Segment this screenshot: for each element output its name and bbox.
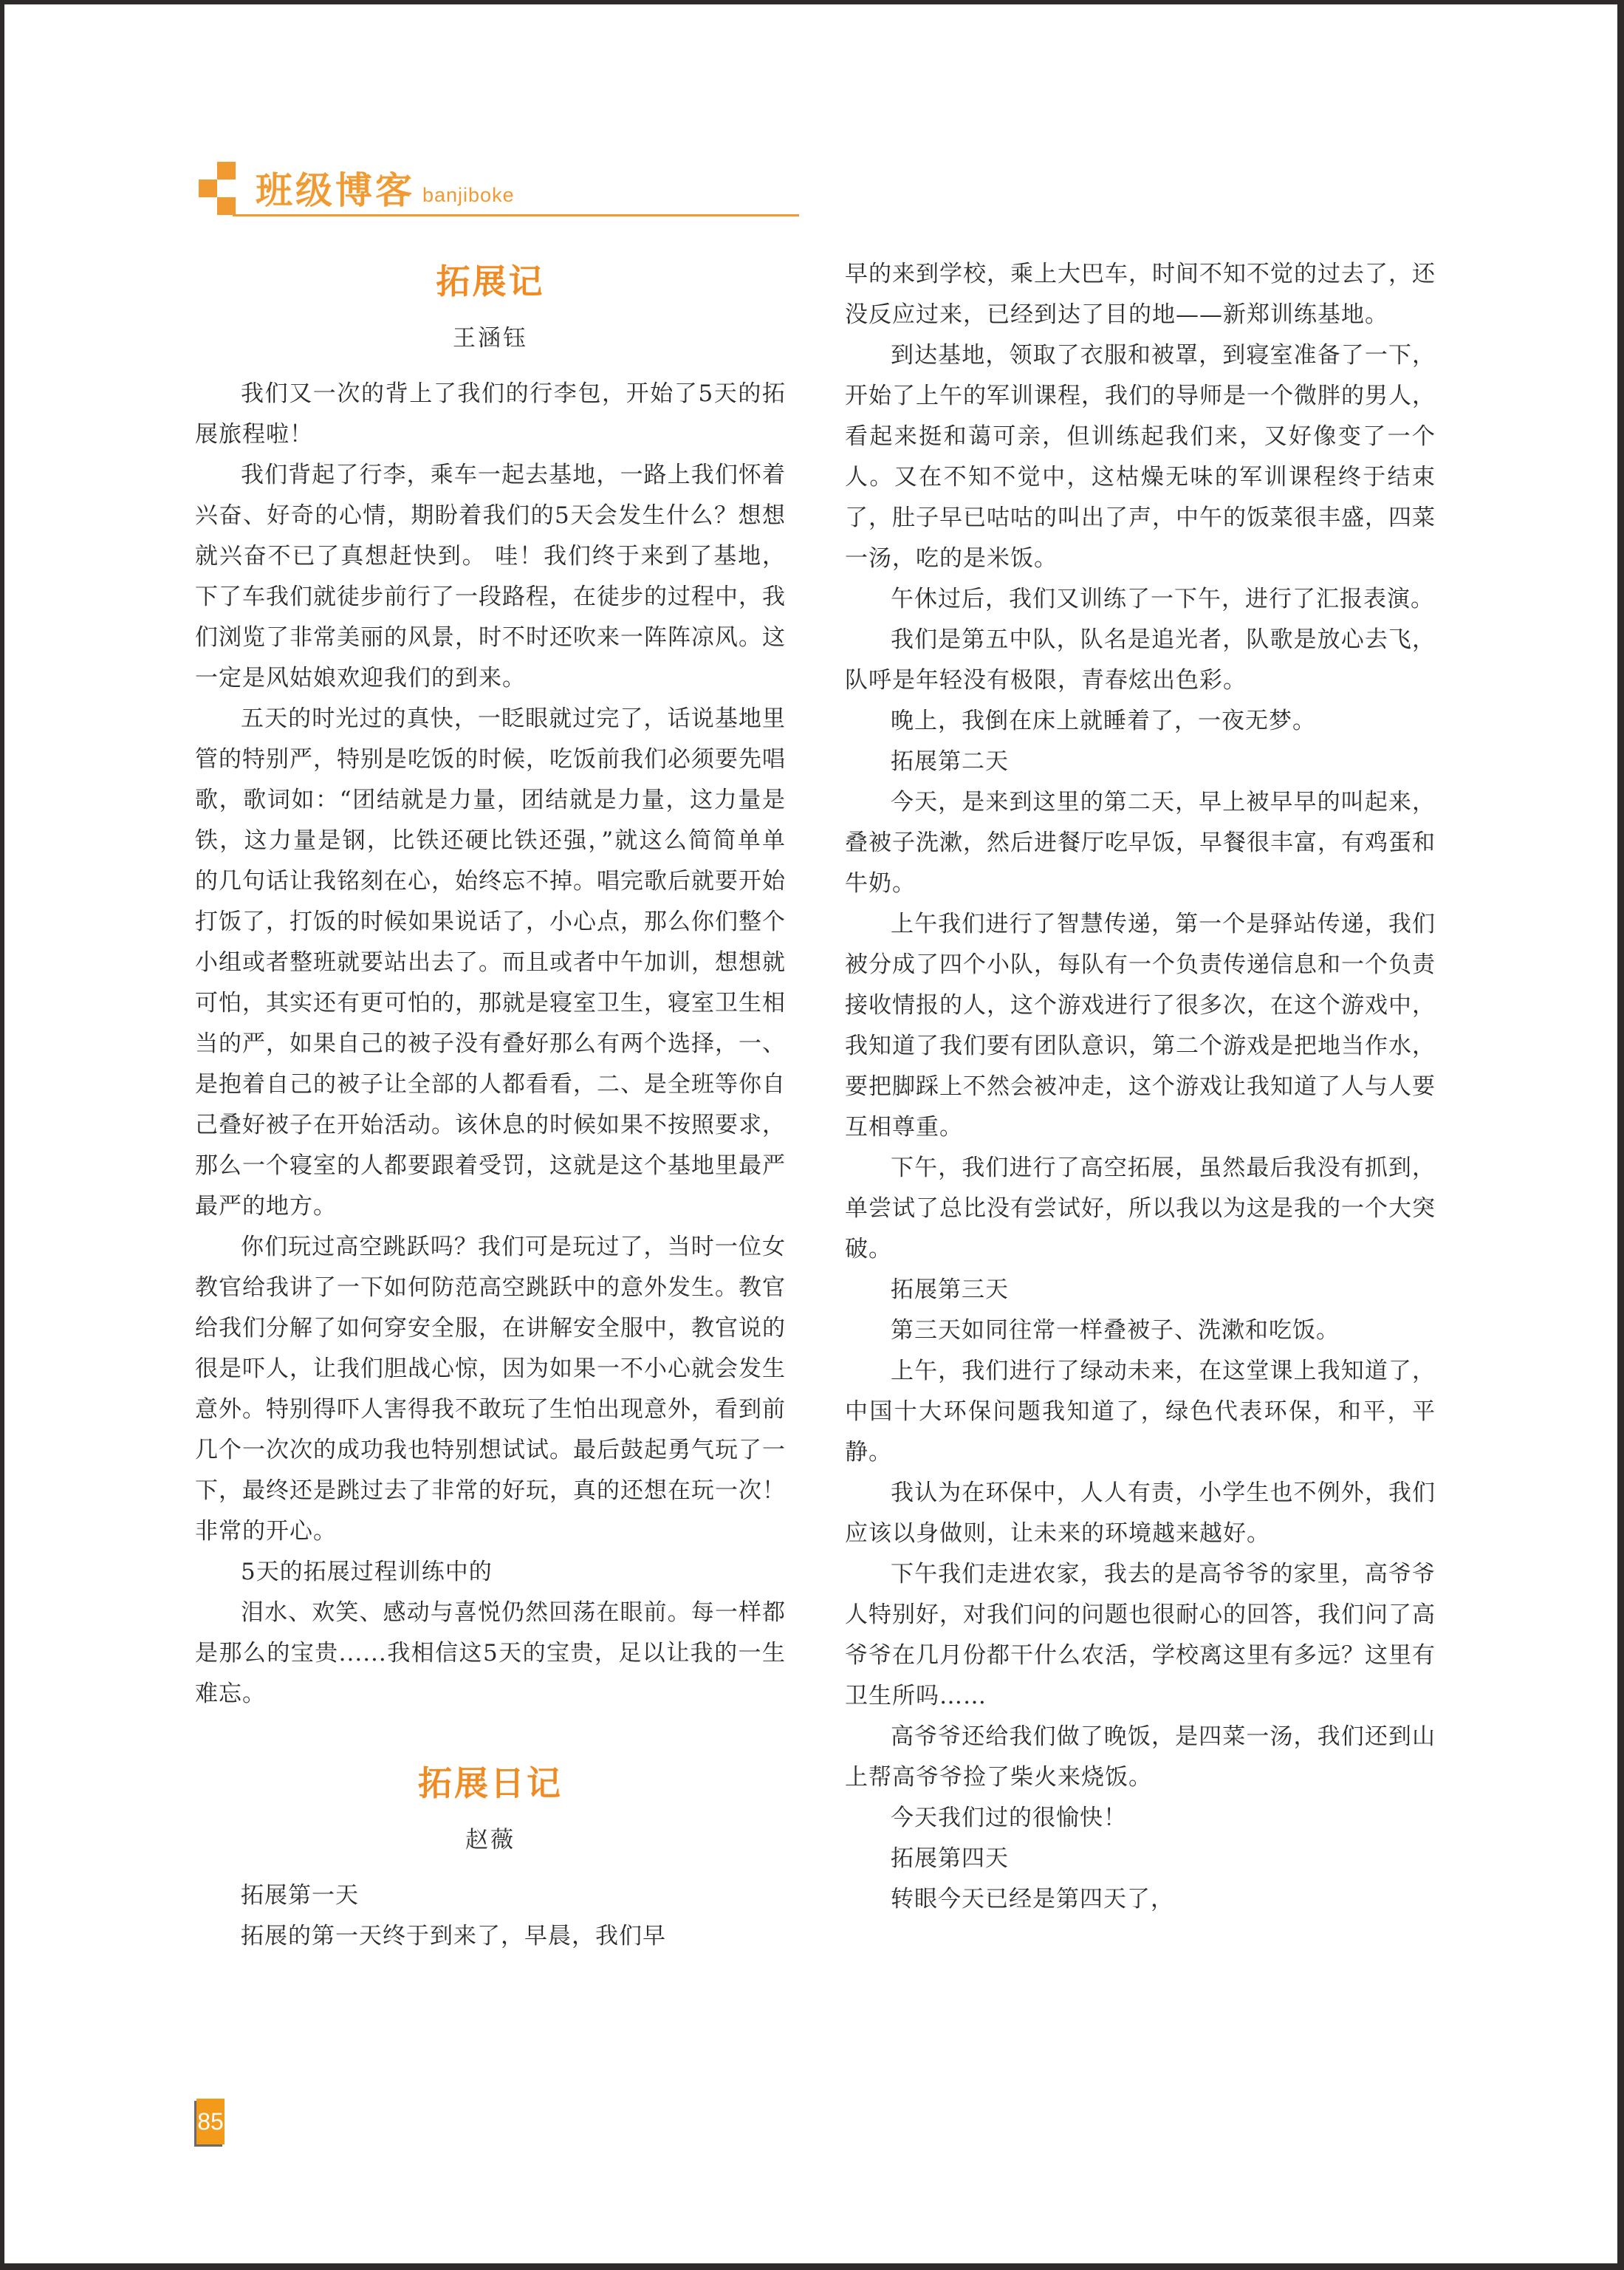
day-heading: 拓展第二天 (845, 742, 1436, 782)
paragraph: 今天，是来到这里的第二天，早上被早早的叫起来，叠被子洗漱，然后进餐厅吃早饭，早餐… (845, 782, 1436, 904)
paragraph: 我们又一次的背上了我们的行李包，开始了5天的拓展旅程啦！ (195, 374, 786, 455)
paragraph: 你们玩过高空跳跃吗？我们可是玩过了，当时一位女教官给我讲了一下如何防范高空跳跃中… (195, 1227, 786, 1552)
paragraph: 晚上，我倒在床上就睡着了，一夜无梦。 (845, 701, 1436, 742)
paragraph: 今天我们过的很愉快！ (845, 1798, 1436, 1839)
header-divider (233, 214, 799, 216)
paragraph: 下午我们走进农家，我去的是高爷爷的家里，高爷爷人特别好，对我们问的问题也很耐心的… (845, 1554, 1436, 1717)
paragraph: 早的来到学校，乘上大巴车，时间不知不觉的过去了，还没反应过来，已经到达了目的地—… (845, 254, 1436, 335)
day-heading: 拓展第四天 (845, 1839, 1436, 1879)
paragraph: 到达基地，领取了衣服和被罩，到寝室准备了一下，开始了上午的军训课程，我们的导师是… (845, 335, 1436, 579)
day-heading: 拓展第一天 (195, 1876, 786, 1916)
paragraph: 午休过后，我们又训练了一下午，进行了汇报表演。 (845, 579, 1436, 620)
section-header: 班级博客 banjiboke (256, 168, 515, 213)
paragraph: 转眼今天已经是第四天了， (845, 1879, 1436, 1920)
section-title: 班级博客 (256, 168, 415, 213)
day-heading: 拓展第三天 (845, 1270, 1436, 1310)
paragraph: 上午我们进行了智慧传递，第一个是驿站传递，我们被分成了四个小队，每队有一个负责传… (845, 904, 1436, 1148)
paragraph: 下午，我们进行了高空拓展，虽然最后我没有抓到，单尝试了总比没有尝试好，所以我以为… (845, 1148, 1436, 1270)
left-column: 拓展记 王涵钰 我们又一次的背上了我们的行李包，开始了5天的拓展旅程啦！ 我们背… (195, 256, 786, 1957)
paragraph: 拓展的第一天终于到来了，早晨，我们早 (195, 1916, 786, 1957)
paragraph: 我们是第五中队，队名是追光者，队歌是放心去飞，队呼是年轻没有极限，青春炫出色彩。 (845, 620, 1436, 701)
section-logo-icon (199, 162, 236, 215)
article-title: 拓展记 (195, 256, 786, 307)
article-author: 王涵钰 (195, 316, 786, 360)
article-author: 赵薇 (195, 1818, 786, 1862)
paragraph: 上午，我们进行了绿动未来，在这堂课上我知道了，中国十大环保问题我知道了，绿色代表… (845, 1351, 1436, 1473)
paragraph: 高爷爷还给我们做了晚饭，是四菜一汤，我们还到山上帮高爷爷捡了柴火来烧饭。 (845, 1717, 1436, 1798)
paragraph: 我认为在环保中，人人有责，小学生也不例外，我们应该以身做则，让未来的环境越来越好… (845, 1473, 1436, 1554)
paragraph: 五天的时光过的真快，一眨眼就过完了，话说基地里管的特别严，特别是吃饭的时候，吃饭… (195, 699, 786, 1227)
magazine-page: 班级博客 banjiboke 拓展记 王涵钰 我们又一次的背上了我们的行李包，开… (4, 4, 1617, 2263)
paragraph: 我们背起了行李，乘车一起去基地，一路上我们怀着 兴奋、好奇的心情，期盼着我们的5… (195, 455, 786, 699)
page-number: 85 (196, 2099, 225, 2144)
section-title-pinyin: banjiboke (422, 184, 515, 207)
paragraph: 第三天如同往常一样叠被子、洗漱和吃饭。 (845, 1310, 1436, 1351)
paragraph: 5天的拓展过程训练中的 (195, 1552, 786, 1593)
article-title: 拓展日记 (195, 1757, 786, 1809)
right-column: 早的来到学校，乘上大巴车，时间不知不觉的过去了，还没反应过来，已经到达了目的地—… (845, 254, 1436, 1920)
paragraph: 泪水、欢笑、感动与喜悦仍然回荡在眼前。每一样都是那么的宝贵......我相信这5… (195, 1593, 786, 1715)
